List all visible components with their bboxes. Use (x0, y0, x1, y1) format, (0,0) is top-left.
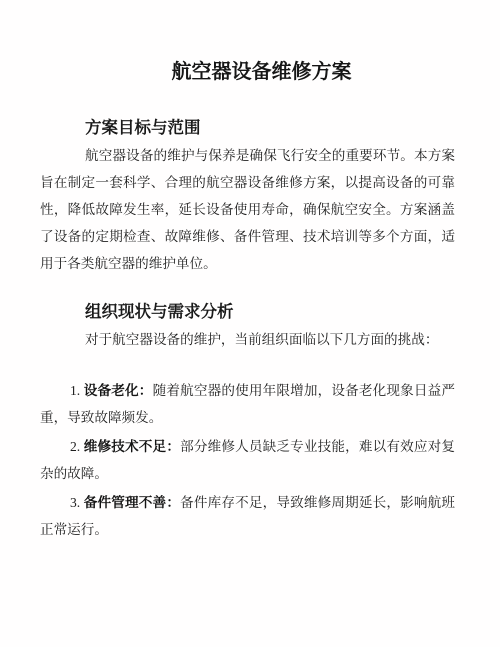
list-item-number: 1. (70, 383, 84, 398)
list-item-spare-parts-management: 3. 备件管理不善：备件库存不足，导致维修周期延长，影响航班正常运行。 (40, 489, 455, 543)
list-item-skill-shortage: 2. 维修技术不足：部分维修人员缺乏专业技能，难以有效应对复杂的故障。 (40, 433, 455, 487)
list-item-term: 设备老化 (84, 383, 139, 398)
list-item-number: 3. (70, 495, 84, 510)
list-item-separator: ： (166, 495, 180, 510)
challenges-numbered-list: 1. 设备老化：随着航空器的使用年限增加，设备老化现象日益严重，导致故障频发。 … (40, 377, 455, 543)
list-item-number: 2. (70, 439, 84, 454)
section-heading-goals-scope: 方案目标与范围 (40, 115, 455, 142)
list-item-separator: ： (139, 383, 153, 398)
document-page: 航空器设备维修方案 方案目标与范围 航空器设备的维护与保养是确保飞行安全的重要环… (0, 0, 500, 647)
list-item-term: 维修技术不足 (84, 439, 167, 454)
list-item-term: 备件管理不善 (84, 495, 167, 510)
list-item-separator: ： (166, 439, 180, 454)
document-title: 航空器设备维修方案 (40, 57, 455, 87)
body-paragraph-overview: 航空器设备的维护与保养是确保飞行安全的重要环节。本方案旨在制定一套科学、合理的航… (40, 142, 455, 277)
list-item-equipment-aging: 1. 设备老化：随着航空器的使用年限增加，设备老化现象日益严重，导致故障频发。 (40, 377, 455, 431)
section-heading-status-needs: 组织现状与需求分析 (40, 299, 455, 326)
body-paragraph-challenges-intro: 对于航空器设备的维护，当前组织面临以下几方面的挑战： (40, 326, 455, 353)
